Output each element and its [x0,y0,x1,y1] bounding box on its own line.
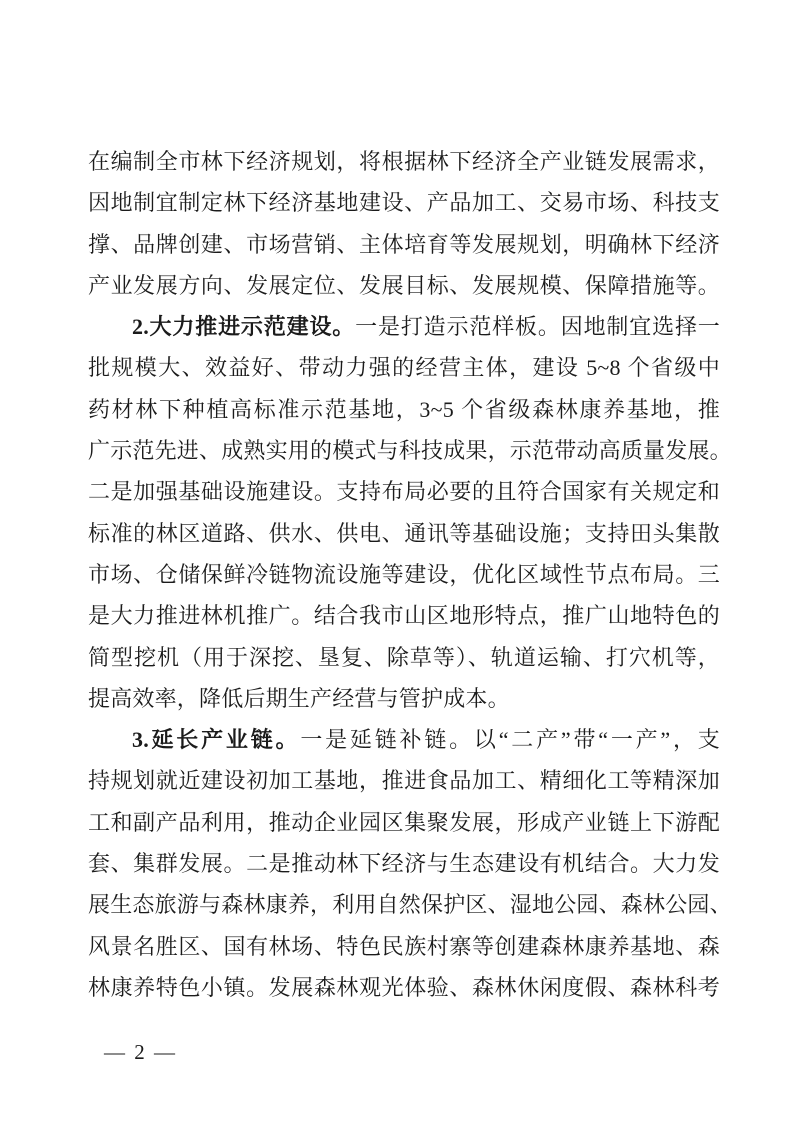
text-line: 二是加强基础设施建设。支持布局必要的且符合国家有关规定和 [88,471,720,512]
text-line: 展生态旅游与森林康养，利用自然保护区、湿地公园、森林公园、 [88,884,720,925]
text-line: 3.延长产业链。一是延链补链。以“二产”带“一产”，支 [88,719,720,760]
paragraph: 2.大力推进示范建设。一是打造示范样板。因地制宜选择一批规模大、效益好、带动力强… [88,306,720,719]
paragraph: 在编制全市林下经济规划，将根据林下经济全产业链发展需求，因地制宜制定林下经济基地… [88,141,720,306]
text-line: 撑、品牌创建、市场营销、主体培育等发展规划，明确林下经济 [88,224,720,265]
paragraph: 3.延长产业链。一是延链补链。以“二产”带“一产”，支持规划就近建设初加工基地，… [88,719,720,1008]
text-line: 市场、仓储保鲜冷链物流设施等建设，优化区域性节点布局。三 [88,554,720,595]
text-line: 批规模大、效益好、带动力强的经营主体，建设 5~8 个省级中 [88,347,720,388]
document-page: 在编制全市林下经济规划，将根据林下经济全产业链发展需求，因地制宜制定林下经济基地… [0,0,793,1122]
text-line: 广示范先进、成熟实用的模式与科技成果，示范带动高质量发展。 [88,430,720,471]
text-line: 套、集群发展。二是推动林下经济与生态建设有机结合。大力发 [88,843,720,884]
text-line: 林康养特色小镇。发展森林观光体验、森林休闲度假、森林科考 [88,967,720,1008]
text-line: 是大力推进林机推广。结合我市山区地形特点，推广山地特色的 [88,595,720,636]
text-line: 提高效率，降低后期生产经营与管护成本。 [88,678,720,719]
text-line: 2.大力推进示范建设。一是打造示范样板。因地制宜选择一 [88,306,720,347]
text-line: 简型挖机（用于深挖、垦复、除草等）、轨道运输、打穴机等， [88,637,720,678]
paragraph-heading: 3.延长产业链。 [132,727,300,752]
text-line: 持规划就近建设初加工基地，推进食品加工、精细化工等精深加 [88,760,720,801]
text-line: 因地制宜制定林下经济基地建设、产品加工、交易市场、科技支 [88,182,720,223]
text-line: 在编制全市林下经济规划，将根据林下经济全产业链发展需求， [88,141,720,182]
page-number: — 2 — [104,1038,177,1066]
text-line: 产业发展方向、发展定位、发展目标、发展规模、保障措施等。 [88,265,720,306]
text-line: 工和副产品利用，推动企业园区集聚发展，形成产业链上下游配 [88,802,720,843]
document-body: 在编制全市林下经济规划，将根据林下经济全产业链发展需求，因地制宜制定林下经济基地… [88,141,720,1008]
text-line: 标准的林区道路、供水、供电、通讯等基础设施；支持田头集散 [88,513,720,554]
text-line: 风景名胜区、国有林场、特色民族村寨等创建森林康养基地、森 [88,926,720,967]
paragraph-heading: 2.大力推进示范建设。 [132,314,355,339]
text-line: 药材林下种植高标准示范基地，3~5 个省级森林康养基地，推 [88,389,720,430]
